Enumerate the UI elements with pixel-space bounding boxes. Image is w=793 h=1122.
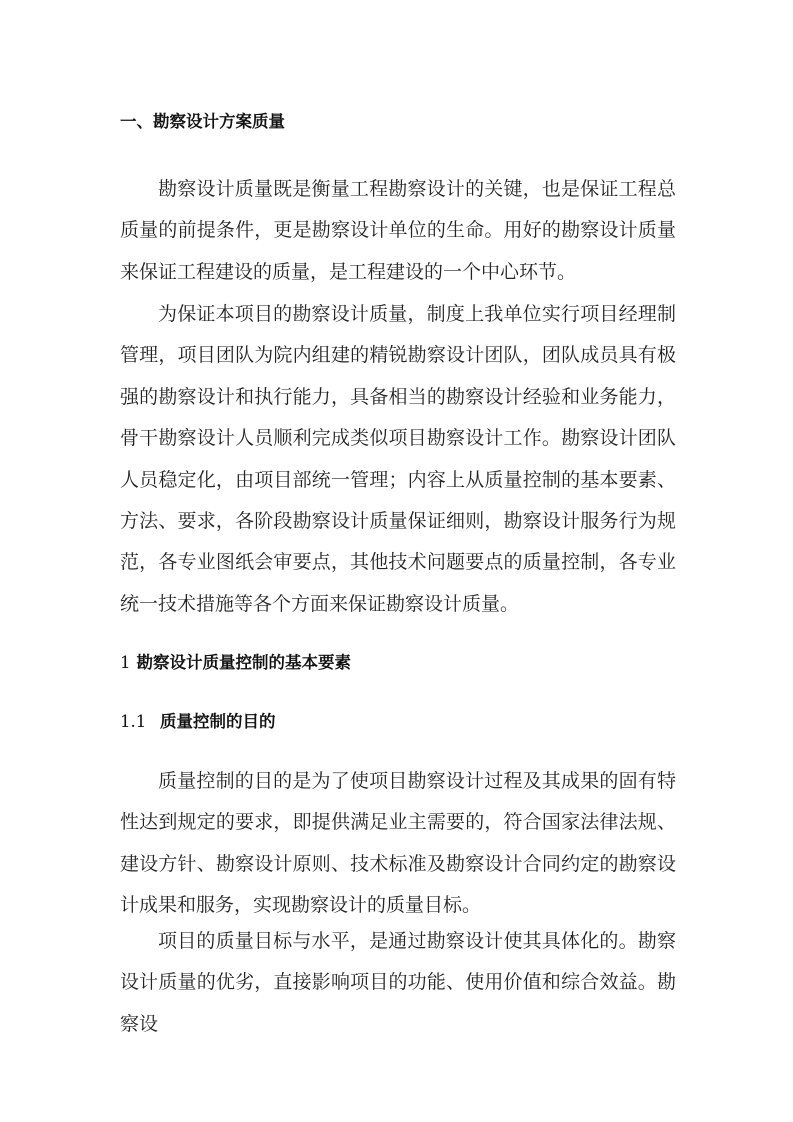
subsection-number: 1 [120, 653, 131, 672]
intro-paragraph-1: 勘察设计质量既是衡量工程勘察设计的关键，也是保证工程总质量的前提条件，更是勘察设… [120, 169, 676, 293]
subsubsection-title: 质量控制的目的 [160, 712, 276, 731]
section-heading: 一、勘察设计方案质量 [120, 110, 285, 134]
subsubsection-heading: 1.1质量控制的目的 [120, 710, 276, 734]
body-paragraph-1: 质量控制的目的是为了使项目勘察设计过程及其成果的固有特性达到规定的要求，即提供满… [120, 761, 676, 927]
subsection-heading: 1勘察设计质量控制的基本要素 [120, 651, 351, 675]
body-paragraph-2: 项目的质量目标与水平，是通过勘察设计使其具体化的。勘察设计质量的优劣，直接影响项… [120, 921, 676, 1045]
intro-paragraph-2: 为保证本项目的勘察设计质量，制度上我单位实行项目经理制管理，项目团队为院内组建的… [120, 294, 676, 625]
subsubsection-number: 1.1 [120, 710, 160, 734]
subsection-title: 勘察设计质量控制的基本要素 [137, 653, 352, 672]
